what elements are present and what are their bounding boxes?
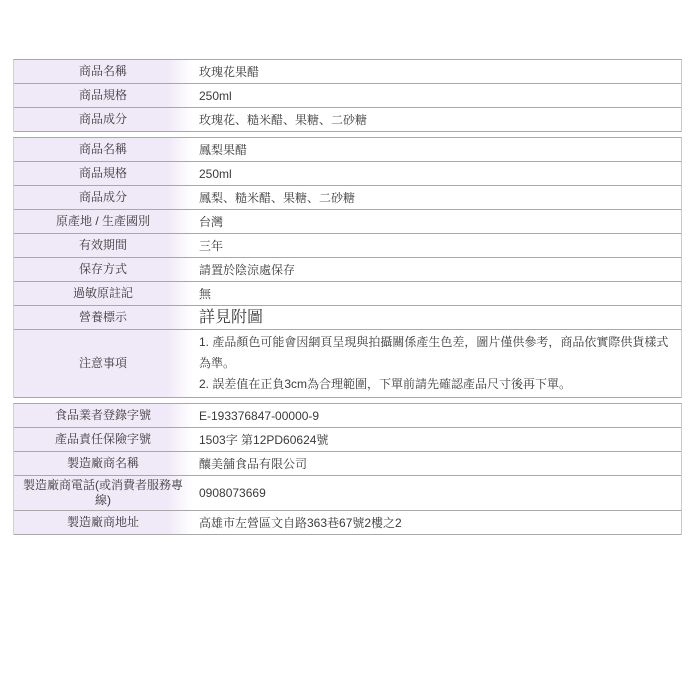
row-label: 製造廠商名稱 (14, 452, 192, 475)
spec-row: 商品規格250ml (14, 162, 681, 186)
spec-row: 食品業者登錄字號E-193376847-00000-9 (14, 404, 681, 428)
spec-row: 製造廠商電話(或消費者服務專線)0908073669 (14, 476, 681, 511)
row-value: 三年 (192, 234, 681, 257)
spec-row: 商品成分鳳梨、糙米醋、果糖、二砂糖 (14, 186, 681, 210)
row-value: 玫瑰花果醋 (192, 60, 681, 83)
spec-block-manufacturer-info: 食品業者登錄字號E-193376847-00000-9產品責任保險字號1503字… (13, 403, 682, 535)
row-value: E-193376847-00000-9 (192, 404, 681, 427)
product-spec-page: 商品名稱玫瑰花果醋商品規格250ml商品成分玫瑰花、糙米醋、果糖、二砂糖商品名稱… (0, 0, 700, 700)
row-value: 250ml (192, 162, 681, 185)
row-label: 商品規格 (14, 162, 192, 185)
row-value: 250ml (192, 84, 681, 107)
product-spec-table: 商品名稱玫瑰花果醋商品規格250ml商品成分玫瑰花、糙米醋、果糖、二砂糖商品名稱… (13, 59, 682, 540)
row-value-line: 1. 產品顏色可能會因網頁呈現與拍攝關係產生色差，圖片僅供參考，商品依實際供貨樣… (199, 332, 675, 374)
spec-row: 產品責任保險字號1503字 第12PD60624號 (14, 428, 681, 452)
row-value: 詳見附圖 (192, 306, 681, 329)
spec-row: 營養標示詳見附圖 (14, 306, 681, 330)
row-label: 有效期間 (14, 234, 192, 257)
spec-row: 商品規格250ml (14, 84, 681, 108)
row-label: 產品責任保險字號 (14, 428, 192, 451)
row-label: 商品成分 (14, 186, 192, 209)
row-value: 鳳梨、糙米醋、果糖、二砂糖 (192, 186, 681, 209)
row-value: 請置於陰涼處保存 (192, 258, 681, 281)
row-label: 營養標示 (14, 306, 192, 329)
row-label: 注意事項 (14, 330, 192, 397)
spec-block-product-2-specs-and-common-info: 商品名稱鳳梨果醋商品規格250ml商品成分鳳梨、糙米醋、果糖、二砂糖原產地 / … (13, 137, 682, 398)
row-label: 商品規格 (14, 84, 192, 107)
row-label: 製造廠商電話(或消費者服務專線) (14, 476, 192, 510)
row-value-line: 2. 誤差值在正負3cm為合理範圍，下單前請先確認產品尺寸後再下單。 (199, 374, 675, 395)
spec-row: 商品名稱玫瑰花果醋 (14, 60, 681, 84)
row-label: 商品成分 (14, 108, 192, 131)
row-value: 高雄市左營區文自路363巷67號2樓之2 (192, 511, 681, 534)
spec-row: 商品成分玫瑰花、糙米醋、果糖、二砂糖 (14, 108, 681, 132)
row-value: 無 (192, 282, 681, 305)
row-value: 1503字 第12PD60624號 (192, 428, 681, 451)
row-value: 釀美舖食品有限公司 (192, 452, 681, 475)
row-value: 鳳梨果醋 (192, 138, 681, 161)
row-label: 原產地 / 生產國別 (14, 210, 192, 233)
row-value: 台灣 (192, 210, 681, 233)
row-value: 1. 產品顏色可能會因網頁呈現與拍攝關係產生色差，圖片僅供參考，商品依實際供貨樣… (192, 330, 681, 397)
row-label: 商品名稱 (14, 138, 192, 161)
row-value: 0908073669 (192, 476, 681, 510)
spec-row: 原產地 / 生產國別台灣 (14, 210, 681, 234)
row-label: 保存方式 (14, 258, 192, 281)
spec-row: 保存方式請置於陰涼處保存 (14, 258, 681, 282)
row-label: 食品業者登錄字號 (14, 404, 192, 427)
spec-block-product-1-specs: 商品名稱玫瑰花果醋商品規格250ml商品成分玫瑰花、糙米醋、果糖、二砂糖 (13, 59, 682, 132)
spec-row: 有效期間三年 (14, 234, 681, 258)
spec-row: 過敏原註記無 (14, 282, 681, 306)
row-label: 製造廠商地址 (14, 511, 192, 534)
spec-row: 商品名稱鳳梨果醋 (14, 138, 681, 162)
row-label: 商品名稱 (14, 60, 192, 83)
spec-row: 製造廠商地址高雄市左營區文自路363巷67號2樓之2 (14, 511, 681, 535)
row-label: 過敏原註記 (14, 282, 192, 305)
row-value: 玫瑰花、糙米醋、果糖、二砂糖 (192, 108, 681, 131)
spec-row: 製造廠商名稱釀美舖食品有限公司 (14, 452, 681, 476)
spec-row: 注意事項1. 產品顏色可能會因網頁呈現與拍攝關係產生色差，圖片僅供參考，商品依實… (14, 330, 681, 398)
